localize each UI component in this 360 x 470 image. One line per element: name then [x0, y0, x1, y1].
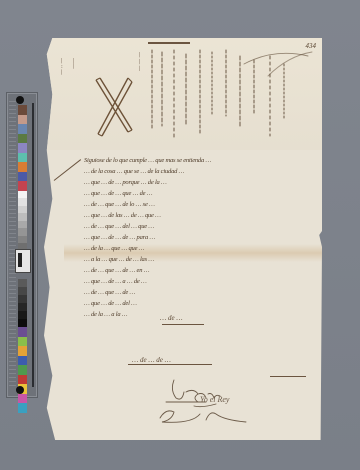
grayscale-swatch: [18, 213, 27, 221]
grayscale-swatch: [18, 221, 27, 229]
color-swatch: [18, 162, 27, 172]
color-swatch: [18, 375, 27, 385]
grayscale-swatch: [18, 206, 27, 214]
text-line: … de la cosa … que se … de la ciudad …: [84, 167, 318, 177]
mount-hole-top-icon: [16, 96, 24, 104]
closing-underline: [162, 324, 204, 325]
margin-rule: [270, 376, 306, 377]
top-rule: [148, 42, 190, 44]
text-line: … de la … que … que …: [84, 244, 318, 254]
color-swatch: [18, 143, 27, 153]
closing-underline: [128, 364, 212, 365]
grayscale-swatch: [18, 279, 27, 287]
signature-flourish: Yo el Rey: [156, 378, 266, 426]
signature-text: Yo el Rey: [200, 395, 230, 404]
color-swatch: [18, 365, 27, 375]
color-swatch: [18, 153, 27, 163]
manuscript-page: 434 — ·· — —— — — — Siguiose de lo: [44, 38, 322, 440]
text-line: … de la … a la …: [84, 310, 318, 320]
text-line: … de … que … de … en …: [84, 266, 318, 276]
color-swatch: [18, 105, 27, 115]
grayscale-swatch: [18, 295, 27, 303]
grayscale-swatch: [18, 228, 27, 236]
grayscale-swatch: [18, 198, 27, 206]
color-swatch: [18, 394, 27, 404]
color-swatch: [18, 403, 27, 413]
color-swatch: [18, 181, 27, 191]
color-swatch: [18, 115, 27, 125]
text-line: … que … de … a … de …: [84, 277, 318, 287]
color-calibration-target: [6, 92, 38, 398]
swatch-column: [18, 105, 27, 251]
color-swatch: [18, 337, 27, 347]
scale-ticks: [9, 101, 16, 389]
mount-hole-bottom-icon: [16, 386, 24, 394]
grayscale-swatch: [18, 311, 27, 319]
color-swatch: [18, 356, 27, 366]
color-swatch: [18, 327, 27, 337]
diagonal-stroke: [54, 159, 81, 181]
grayscale-swatch: [18, 303, 27, 311]
text-line: Siguiose de lo que cumple … que mas se e…: [84, 156, 318, 166]
marginal-note: — ·· —: [58, 58, 64, 118]
grayscale-swatch: [18, 287, 27, 295]
text-line: … de … que … de …: [84, 288, 318, 298]
cross-out-mark-icon: [92, 74, 134, 138]
closing-line: … de …: [160, 314, 183, 322]
marginal-note: ——: [70, 58, 76, 118]
text-line: … de … que … del … que …: [84, 222, 318, 232]
text-line: … que … de … del …: [84, 299, 318, 309]
text-line: … que … de … de … para …: [84, 233, 318, 243]
main-body-text: Siguiose de lo que cumple … que mas se e…: [84, 156, 318, 321]
text-line: … que … de … que … de …: [84, 189, 318, 199]
target-label-block: [15, 249, 31, 273]
closing-line: … de … de …: [132, 356, 171, 364]
text-line: … que … de … porque … de la …: [84, 178, 318, 188]
marginal-note: — — —: [136, 52, 142, 122]
grayscale-swatch: [18, 236, 27, 244]
grayscale-swatch: [18, 191, 27, 199]
color-swatch: [18, 134, 27, 144]
color-swatch: [18, 346, 27, 356]
text-line: … de … que … de lo … se …: [84, 200, 318, 210]
ruler-bar: [32, 103, 34, 387]
color-swatch: [18, 124, 27, 134]
text-line: … que … de las … de … que …: [84, 211, 318, 221]
color-swatch: [18, 172, 27, 182]
vertical-writing-block: [148, 46, 318, 146]
grayscale-swatch: [18, 319, 27, 327]
text-line: … a la … que … de … las …: [84, 255, 318, 265]
